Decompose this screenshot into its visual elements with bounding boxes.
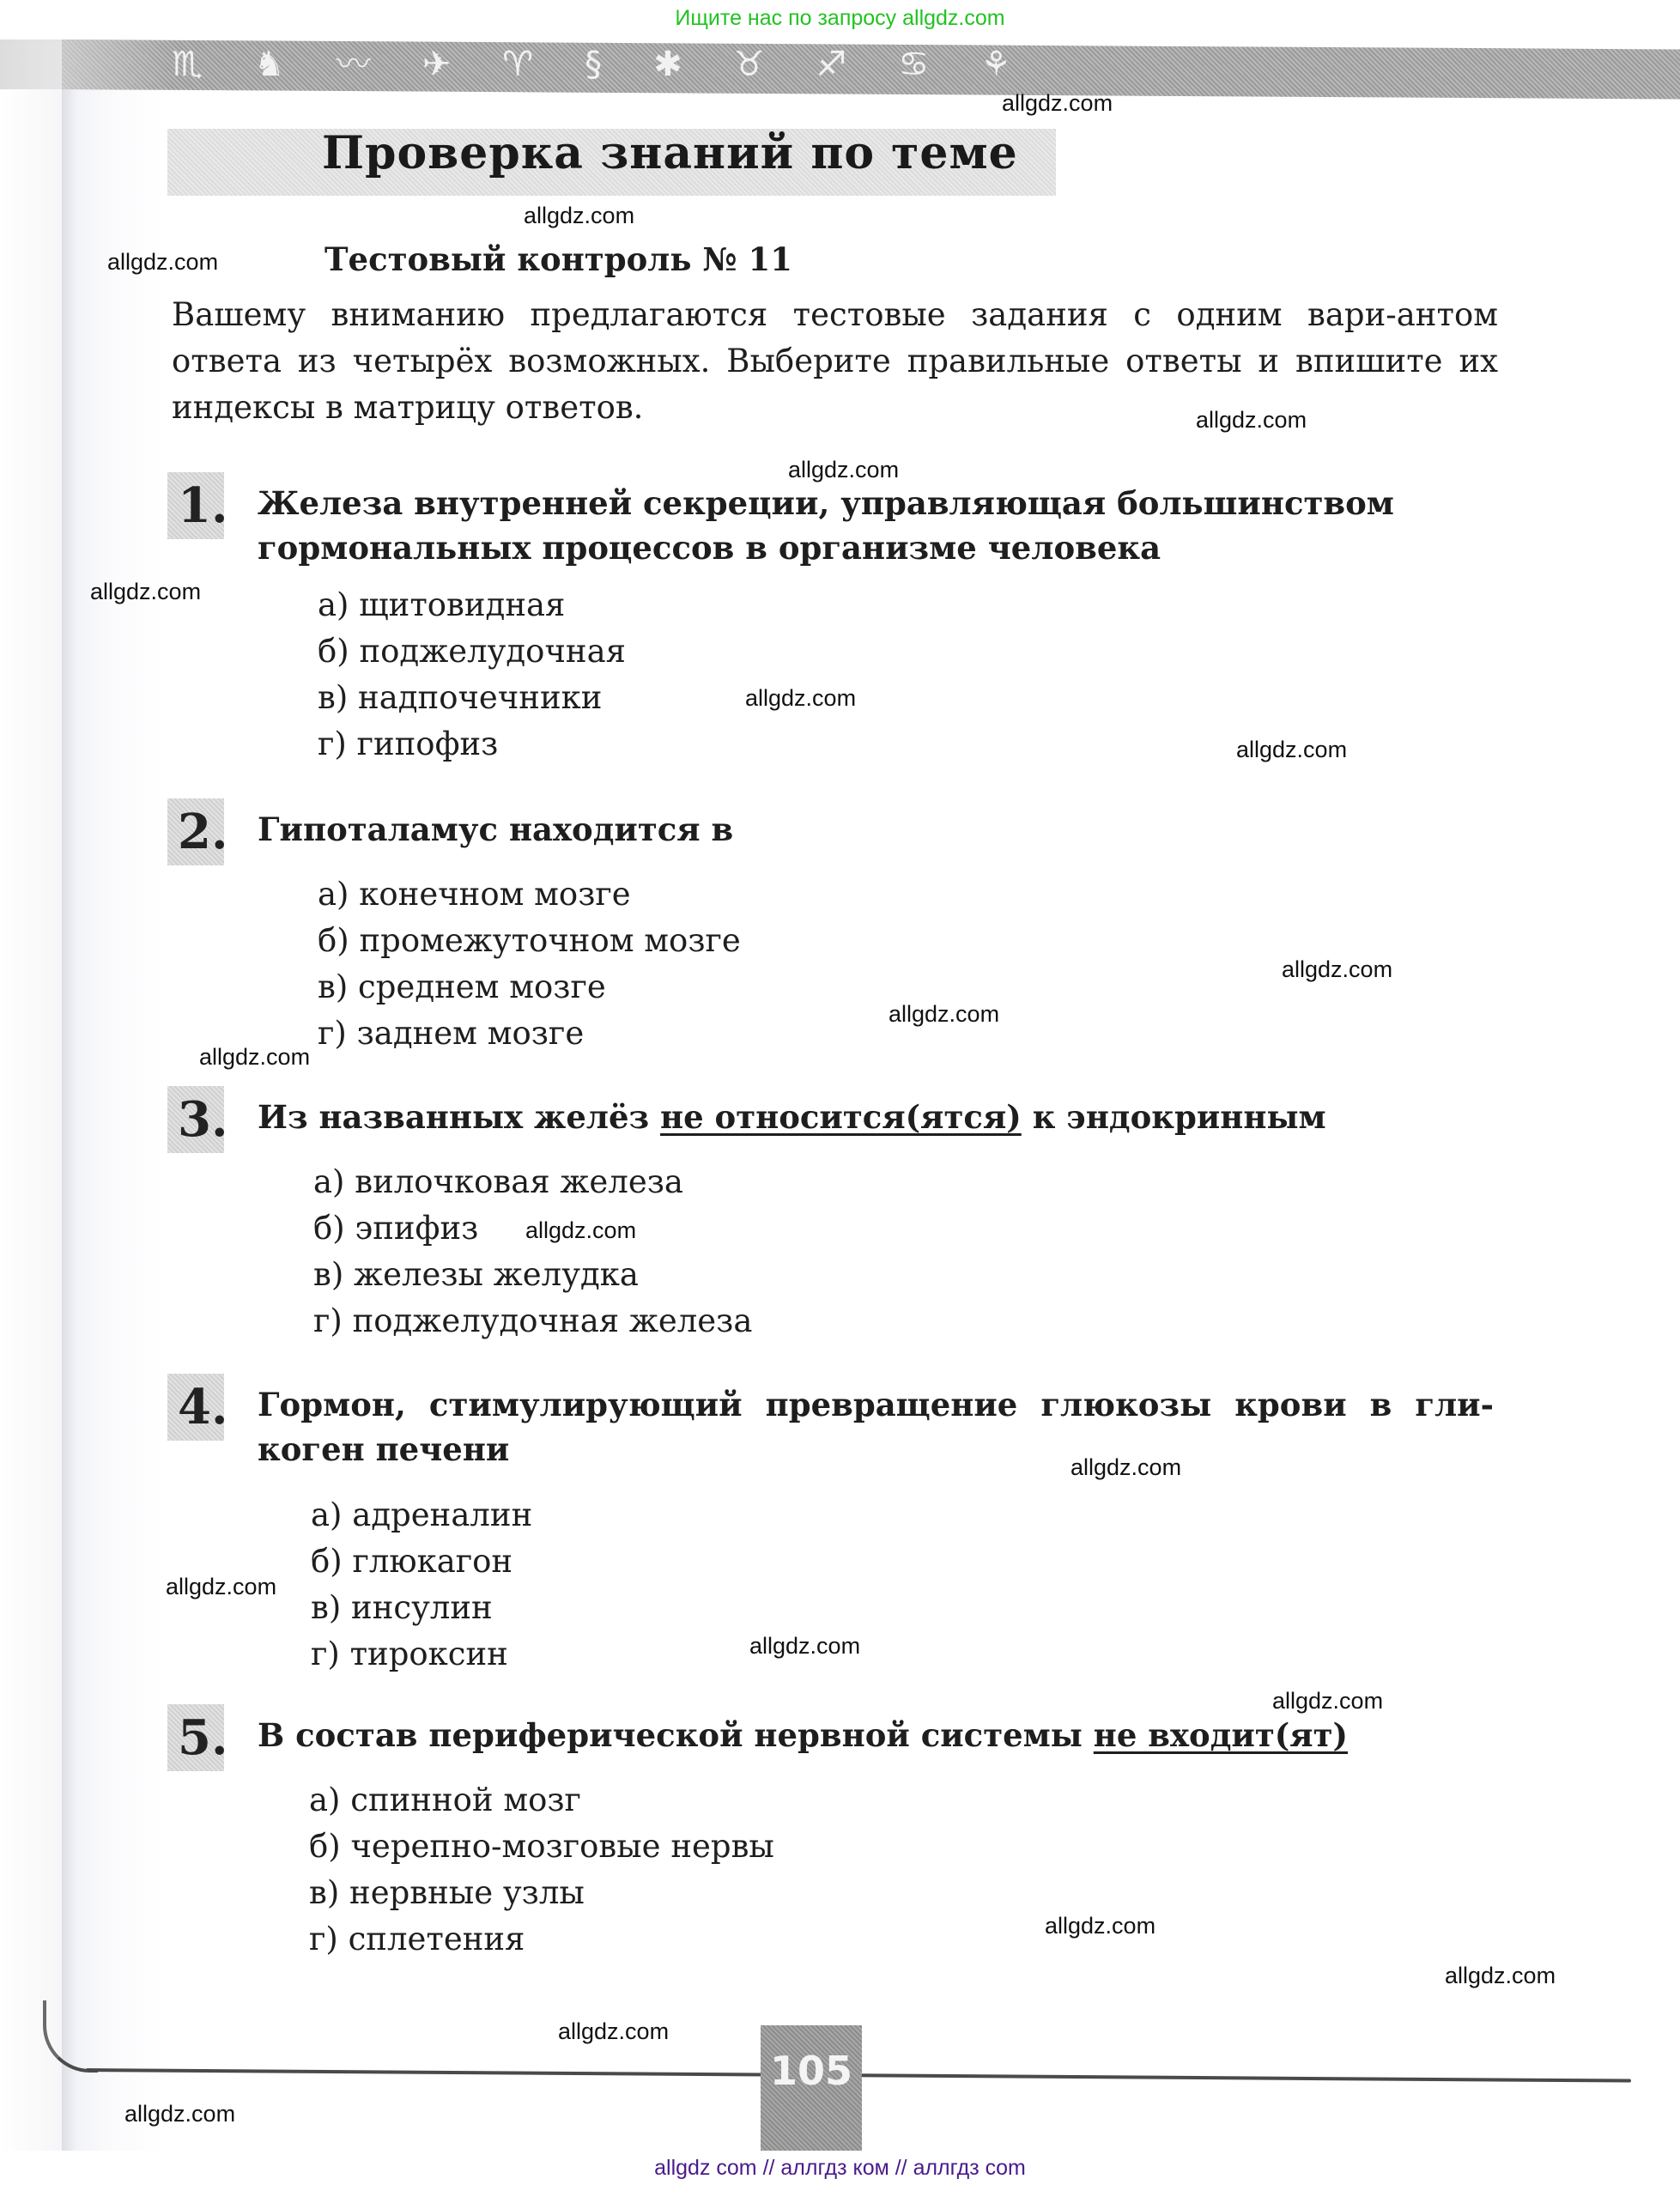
options-question-2: а) конечном мозге б) промежуточном мозге… (318, 871, 741, 1057)
question-text: Из названных желёз не относится(ятся) к … (258, 1095, 1498, 1139)
butterfly-icon: ⚘ (980, 39, 1011, 89)
question-number-badge: 4. (167, 1374, 224, 1441)
scorpion-icon: ♏ (172, 39, 203, 89)
watermark: allgdz.com (1196, 407, 1307, 434)
watermark: allgdz.com (1282, 956, 1392, 983)
option-a[interactable]: а) вилочковая железа (313, 1159, 752, 1205)
squirrel-icon: ♋ (898, 39, 929, 89)
beetle-icon: ✱ (653, 39, 682, 89)
animal-silhouettes: ♏ ♞ 〰 ✈ ♈ § ✱ ♉ ♐ ♋ ⚘ (172, 39, 1011, 89)
watermark: allgdz.com (107, 249, 218, 276)
question-number-badge: 5. (167, 1704, 224, 1771)
watermark: allgdz.com (1236, 737, 1347, 763)
option-v[interactable]: в) инсулин (311, 1585, 532, 1631)
goat-icon: ♈ (502, 39, 533, 89)
question-number: 5. (178, 1704, 227, 1771)
question-number: 3. (178, 1086, 227, 1153)
watermark: allgdz.com (124, 2101, 235, 2127)
option-v[interactable]: в) надпочечники (318, 675, 626, 721)
question-number-badge: 2. (167, 798, 224, 865)
watermark: allgdz.com (524, 203, 634, 229)
option-a[interactable]: а) конечном мозге (318, 871, 741, 918)
bottom-banner: allgdz com // аллгдз ком // аллгдз com (0, 2151, 1680, 2185)
watermark: allgdz.com (1445, 1963, 1556, 1989)
question-text-end: к эндокринным (1022, 1098, 1326, 1136)
page-title: Проверка знаний по теме (322, 127, 1018, 179)
option-g[interactable]: г) тироксин (311, 1631, 532, 1678)
header-band-fade (0, 39, 172, 89)
option-b[interactable]: б) поджелудочная (318, 628, 626, 675)
dolphin-icon: 〰 (337, 39, 371, 89)
options-question-5: а) спинной мозг б) черепно-мозговые нерв… (309, 1777, 774, 1963)
option-g[interactable]: г) заднем мозге (318, 1011, 741, 1057)
watermark: allgdz.com (1002, 90, 1113, 117)
watermark: allgdz.com (166, 1574, 276, 1600)
watermark: allgdz.com (199, 1044, 310, 1071)
watermark: allgdz.com (889, 1001, 999, 1028)
top-banner: Ищите нас по запросу allgdz.com (0, 0, 1680, 36)
option-b[interactable]: б) черепно-мозговые нервы (309, 1824, 774, 1870)
test-subtitle: Тестовый контроль № 11 (324, 240, 792, 278)
options-question-3: а) вилочковая железа б) эпифиз в) железы… (313, 1159, 752, 1344)
bear-icon: ♉ (734, 39, 765, 89)
question-number-badge: 1. (167, 472, 224, 539)
question-number: 4. (178, 1374, 227, 1441)
question-text: Гормон, стимулирующий превращение глюкоз… (258, 1382, 1494, 1472)
bird-icon: ✈ (422, 39, 452, 89)
page-edge (0, 39, 62, 2169)
watermark: allgdz.com (745, 685, 856, 712)
option-b[interactable]: б) промежуточном мозге (318, 918, 741, 964)
horse-icon: ♞ (254, 39, 285, 89)
question-text: Железа внутренней секреции, управляющая … (258, 481, 1498, 570)
option-a[interactable]: а) спинной мозг (309, 1777, 774, 1824)
question-text-emphasis: не входит(ят) (1094, 1716, 1348, 1754)
option-a[interactable]: а) щитовидная (318, 582, 626, 628)
option-b[interactable]: б) глюкагон (311, 1539, 532, 1585)
options-question-1: а) щитовидная б) поджелудочная в) надпоч… (318, 582, 626, 768)
option-v[interactable]: в) железы желудка (313, 1252, 752, 1298)
watermark: allgdz.com (749, 1633, 860, 1660)
watermark: allgdz.com (788, 457, 899, 483)
question-number-badge: 3. (167, 1086, 224, 1153)
option-g[interactable]: г) сплетения (309, 1916, 774, 1963)
options-question-4: а) адреналин б) глюкагон в) инсулин г) т… (311, 1492, 532, 1678)
option-g[interactable]: г) гипофиз (318, 721, 626, 768)
option-g[interactable]: г) поджелудочная железа (313, 1298, 752, 1344)
antelope-icon: ♐ (816, 39, 846, 89)
question-text-start: Из названных желёз (258, 1098, 660, 1136)
watermark: allgdz.com (1272, 1688, 1383, 1715)
watermark: allgdz.com (525, 1217, 636, 1244)
question-text: В состав периферической нервной системы … (258, 1713, 1498, 1757)
watermark: allgdz.com (1070, 1454, 1181, 1481)
watermark: allgdz.com (558, 2018, 669, 2045)
seahorse-icon: § (585, 39, 602, 89)
question-text-start: В состав периферической нервной системы (258, 1716, 1094, 1754)
option-v[interactable]: в) среднем мозге (318, 964, 741, 1011)
question-text-emphasis: не относится(ятся) (660, 1098, 1022, 1136)
option-v[interactable]: в) нервные узлы (309, 1870, 774, 1916)
watermark: allgdz.com (1045, 1913, 1155, 1939)
question-number: 2. (178, 798, 227, 865)
page-number: 105 (761, 2048, 862, 2094)
question-text: Гипоталамус находится в (258, 807, 1498, 852)
question-number: 1. (178, 472, 227, 539)
option-a[interactable]: а) адреналин (311, 1492, 532, 1539)
watermark: allgdz.com (90, 579, 201, 605)
